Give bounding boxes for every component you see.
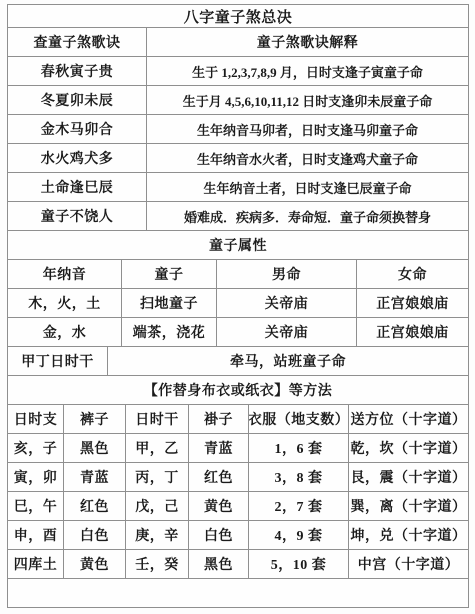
pants-cell: 青蓝 — [63, 463, 125, 491]
year-nayin-cell: 金，水 — [8, 318, 121, 346]
empty-cell — [8, 579, 468, 607]
jacket-cell: 白色 — [188, 521, 248, 549]
page-title: 八字童子煞总决 — [8, 5, 468, 27]
male-fate-cell: 关帝庙 — [216, 318, 356, 346]
stem-rule-cell: 甲丁日时干 — [8, 347, 107, 375]
clothes-count-cell: 1，6 套 — [248, 434, 348, 462]
table-row: 日时支 裤子 日时干 褂子 衣服（地支数） 送方位（十字道） — [8, 404, 468, 433]
verse-column-header: 查童子煞歌诀 — [8, 28, 146, 56]
stem-rule-result-cell: 牵马，站班童子命 — [107, 347, 468, 375]
branch-cell: 寅，卯 — [8, 463, 63, 491]
stem-cell: 丙，丁 — [125, 463, 188, 491]
table-row: 水火鸡犬多 生年纳音水火者，日时支逢鸡犬童子命 — [8, 143, 468, 172]
table-row: 八字童子煞总决 — [8, 5, 468, 27]
table-row: 年纳音 童子 男命 女命 — [8, 259, 468, 288]
branch-cell: 四库土 — [8, 550, 63, 578]
verse-explain-cell: 生于月 4,5,6,10,11,12 日时支逢卯未辰童子命 — [146, 86, 468, 114]
pants-cell: 黑色 — [63, 434, 125, 462]
send-direction-cell: 中宫（十字道） — [348, 550, 468, 578]
pants-cell: 黄色 — [63, 550, 125, 578]
section-title-tongzi-attributes: 童子属性 — [8, 231, 468, 259]
table-row: 亥，子 黑色 甲，乙 青蓝 1，6 套 乾，坎（十字道） — [8, 433, 468, 462]
year-nayin-cell: 木，火，土 — [8, 289, 121, 317]
female-fate-cell: 正宫娘娘庙 — [356, 318, 468, 346]
male-fate-cell: 关帝庙 — [216, 289, 356, 317]
stem-cell: 戊，己 — [125, 492, 188, 520]
verse-cell: 童子不饶人 — [8, 202, 146, 230]
jacket-column-header: 褂子 — [188, 405, 248, 433]
empty-row — [8, 578, 468, 607]
send-direction-column-header: 送方位（十字道） — [348, 405, 468, 433]
tongzi-cell: 端茶，浇花 — [121, 318, 216, 346]
verse-cell: 冬夏卯未辰 — [8, 86, 146, 114]
verse-explain-cell: 生于 1,2,3,7,8,9 月，日时支逢子寅童子命 — [146, 57, 468, 85]
section-title-substitute-method: 【作替身布衣或纸衣】等方法 — [8, 376, 468, 404]
bazi-tongzi-table: 八字童子煞总决 查童子煞歌诀 童子煞歌诀解释 春秋寅子贵 生于 1,2,3,7,… — [7, 4, 469, 608]
table-row: 【作替身布衣或纸衣】等方法 — [8, 375, 468, 404]
send-direction-cell: 乾，坎（十字道） — [348, 434, 468, 462]
table-row: 冬夏卯未辰 生于月 4,5,6,10,11,12 日时支逢卯未辰童子命 — [8, 85, 468, 114]
female-fate-cell: 正宫娘娘庙 — [356, 289, 468, 317]
verse-explain-cell: 生年纳音土者，日时支逢巳辰童子命 — [146, 173, 468, 201]
jacket-cell: 红色 — [188, 463, 248, 491]
verse-cell: 金木马卯合 — [8, 115, 146, 143]
table-row: 木，火，土 扫地童子 关帝庙 正宫娘娘庙 — [8, 288, 468, 317]
tongzi-column-header: 童子 — [121, 260, 216, 288]
jacket-cell: 黑色 — [188, 550, 248, 578]
clothes-count-cell: 5，10 套 — [248, 550, 348, 578]
table-row: 查童子煞歌诀 童子煞歌诀解释 — [8, 27, 468, 56]
table-row: 春秋寅子贵 生于 1,2,3,7,8,9 月，日时支逢子寅童子命 — [8, 56, 468, 85]
verse-cell: 水火鸡犬多 — [8, 144, 146, 172]
table-row: 童子不饶人 婚难成．疾病多．寿命短．童子命须换替身 — [8, 201, 468, 230]
table-row: 寅，卯 青蓝 丙，丁 红色 3，8 套 艮，震（十字道） — [8, 462, 468, 491]
table-row: 四库土 黄色 壬，癸 黑色 5，10 套 中宫（十字道） — [8, 549, 468, 578]
branch-cell: 申，酉 — [8, 521, 63, 549]
female-fate-column-header: 女命 — [356, 260, 468, 288]
table-row: 申，酉 白色 庚，辛 白色 4，9 套 坤，兑（十字道） — [8, 520, 468, 549]
verse-explain-cell: 生年纳音水火者，日时支逢鸡犬童子命 — [146, 144, 468, 172]
send-direction-cell: 坤，兑（十字道） — [348, 521, 468, 549]
verse-cell: 春秋寅子贵 — [8, 57, 146, 85]
verse-explain-cell: 婚难成．疾病多．寿命短．童子命须换替身 — [146, 202, 468, 230]
jacket-cell: 黄色 — [188, 492, 248, 520]
jacket-cell: 青蓝 — [188, 434, 248, 462]
clothes-count-cell: 2，7 套 — [248, 492, 348, 520]
verse-explain-column-header: 童子煞歌诀解释 — [146, 28, 468, 56]
table-row: 童子属性 — [8, 230, 468, 259]
stem-cell: 庚，辛 — [125, 521, 188, 549]
verse-cell: 土命逢巳辰 — [8, 173, 146, 201]
branch-cell: 巳，午 — [8, 492, 63, 520]
send-direction-cell: 艮，震（十字道） — [348, 463, 468, 491]
year-nayin-column-header: 年纳音 — [8, 260, 121, 288]
pants-cell: 白色 — [63, 521, 125, 549]
branch-cell: 亥，子 — [8, 434, 63, 462]
table-row: 金，水 端茶，浇花 关帝庙 正宫娘娘庙 — [8, 317, 468, 346]
branch-column-header: 日时支 — [8, 405, 63, 433]
table-row: 金木马卯合 生年纳音马卯者，日时支逢马卯童子命 — [8, 114, 468, 143]
pants-column-header: 裤子 — [63, 405, 125, 433]
table-row: 甲丁日时干 牵马，站班童子命 — [8, 346, 468, 375]
stem-cell: 壬，癸 — [125, 550, 188, 578]
stem-column-header: 日时干 — [125, 405, 188, 433]
verse-explain-cell: 生年纳音马卯者，日时支逢马卯童子命 — [146, 115, 468, 143]
tongzi-cell: 扫地童子 — [121, 289, 216, 317]
clothes-count-cell: 4，9 套 — [248, 521, 348, 549]
send-direction-cell: 巽，离（十字道） — [348, 492, 468, 520]
pants-cell: 红色 — [63, 492, 125, 520]
male-fate-column-header: 男命 — [216, 260, 356, 288]
clothes-count-column-header: 衣服（地支数） — [248, 405, 348, 433]
stem-cell: 甲，乙 — [125, 434, 188, 462]
clothes-count-cell: 3，8 套 — [248, 463, 348, 491]
table-row: 巳，午 红色 戊，己 黄色 2，7 套 巽，离（十字道） — [8, 491, 468, 520]
table-row: 土命逢巳辰 生年纳音土者，日时支逢巳辰童子命 — [8, 172, 468, 201]
